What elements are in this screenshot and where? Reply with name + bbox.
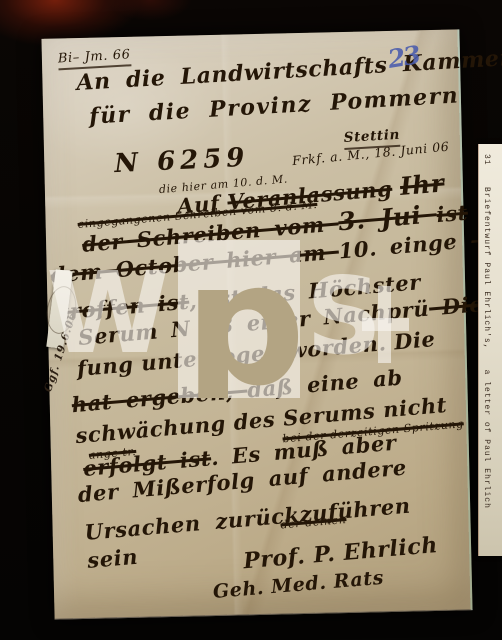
blue-page-number: 23 (386, 40, 421, 74)
handwriting-lines: Bi– Jm. 66An die Landwirtschafts Kammerf… (56, 38, 457, 611)
photograph-of-letter: Bi– Jm. 66An die Landwirtschafts Kammerf… (0, 0, 502, 640)
handwriting-segment: Ihr (399, 168, 446, 201)
handwriting-segment: sein (86, 544, 139, 573)
handwriting-line: Bi– Jm. 66 (58, 48, 131, 65)
handwriting-segment: N 6259 (114, 143, 250, 180)
handwriting-line: N 6259 (114, 145, 250, 178)
side-label-title-english: a letter of Paul Ehrlich (482, 370, 491, 509)
side-label-title-german: Briefentwurf Paul Ehrlich's, (482, 187, 491, 349)
handwriting-line: Prof. P. Ehrlich (242, 534, 438, 572)
side-label-index: 31 (482, 154, 491, 166)
handwriting-line: sein (86, 546, 138, 571)
letter-page: Bi– Jm. 66An die Landwirtschafts Kammerf… (41, 29, 472, 619)
side-label-text: 31 Briefentwurf Paul Ehrlich's, a letter… (482, 154, 491, 509)
handwriting-line: Geh. Med. Rats (212, 569, 384, 602)
handwriting-segment: Geh. Med. Rats (212, 567, 385, 603)
handwriting-segment: Prof. P. Ehrlich (242, 532, 439, 574)
archival-side-label: 31 Briefentwurf Paul Ehrlich's, a letter… (478, 144, 502, 556)
handwriting-segment: ist (436, 200, 469, 228)
